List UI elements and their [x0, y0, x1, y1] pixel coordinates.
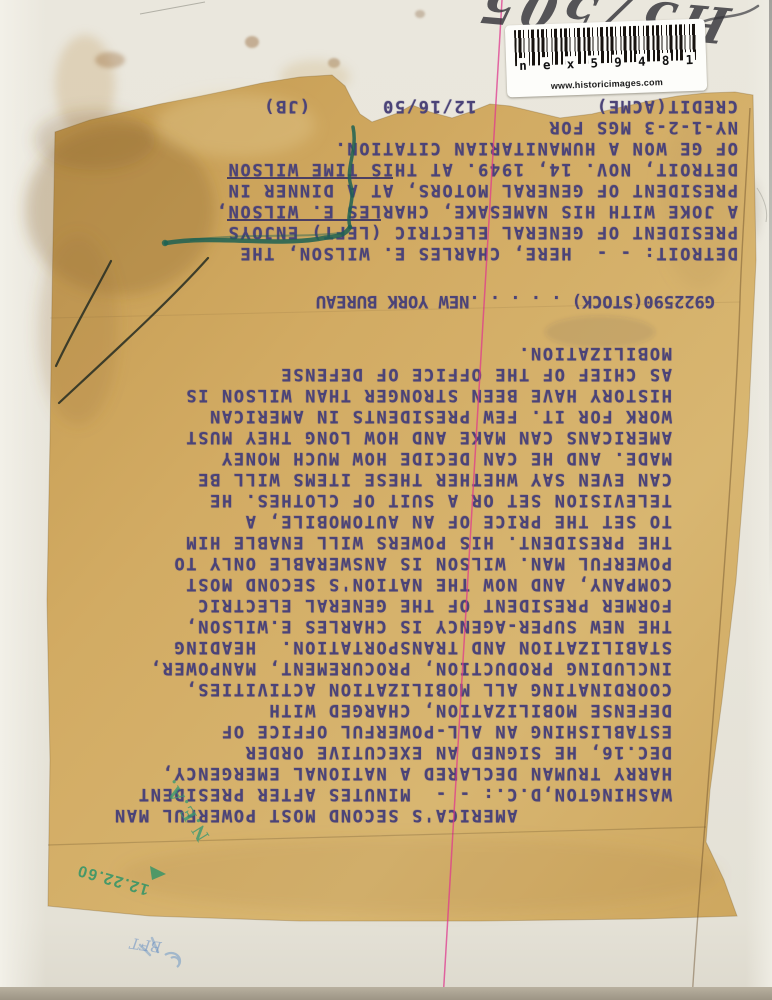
- date-stamp-arrow: [150, 866, 166, 880]
- barcode-sticker: nex59481 www.historicimages.com: [505, 19, 707, 98]
- barcode-digit: x: [564, 56, 576, 71]
- press-photo-back-scan: AMERICA'S SECOND MOST POWERFUL MANWASHIN…: [0, 0, 772, 1000]
- barcode-digit: 8: [660, 53, 672, 68]
- ink-scribble-line-2: [59, 258, 208, 403]
- barcode-digit: 4: [636, 54, 648, 69]
- barcode-site-url: www.historicimages.com: [507, 75, 707, 92]
- barcode-digit: 5: [588, 55, 600, 70]
- scan-bottom-edge: [0, 987, 772, 1000]
- crease-line-right: [692, 108, 750, 1000]
- crease-top-left: [140, 2, 205, 14]
- green-pen-blot: [162, 240, 168, 246]
- scratch-white-right: [757, 188, 767, 222]
- barcode-digit: e: [541, 57, 553, 72]
- blue-swirl-mark: [165, 953, 180, 967]
- pen-marks-overlay: [0, 0, 772, 1000]
- green-pen-squiggle: [349, 127, 354, 227]
- pink-reference-line: [443, 0, 502, 1000]
- barcode-digit: n: [517, 58, 529, 73]
- barcode-digit: 9: [612, 54, 624, 69]
- crease-line-bottom: [48, 827, 706, 845]
- barcode-digit: 1: [683, 52, 695, 67]
- ink-scribble-line-1: [56, 261, 111, 366]
